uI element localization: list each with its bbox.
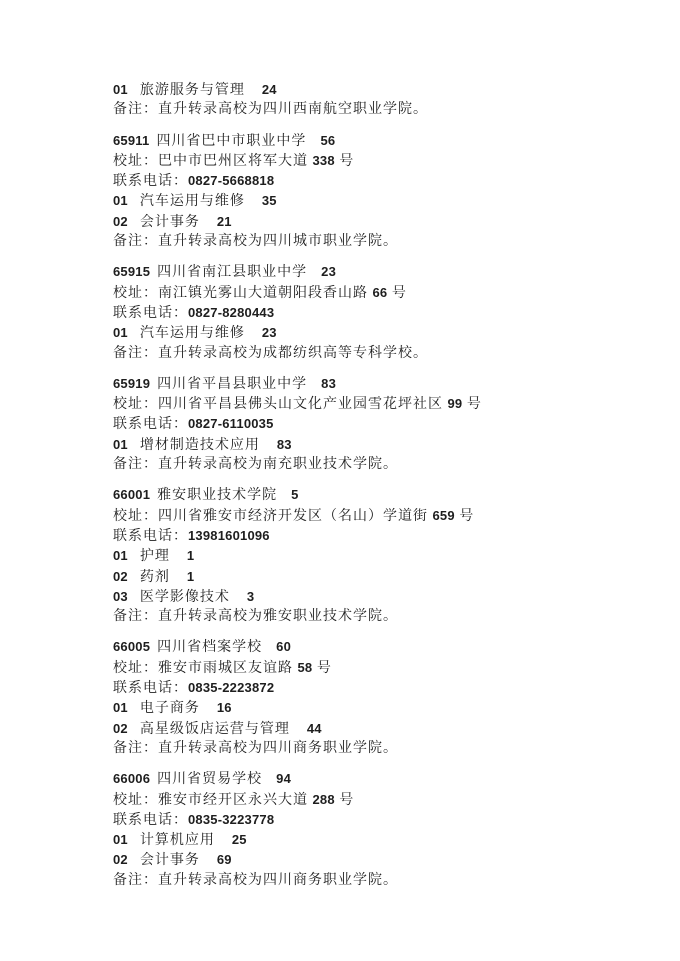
school-block: 66005四川省档案学校60校址：雅安市雨城区友谊路 58 号联系电话：0835…: [113, 637, 650, 758]
program-count: 25: [232, 832, 247, 847]
program-row: 02药剂1: [113, 567, 650, 587]
school-code: 66001: [113, 487, 150, 502]
program-row: 03医学影像技术3: [113, 587, 650, 607]
school-block: 01旅游服务与管理24备注：直升转录高校为四川西南航空职业学院。: [113, 80, 650, 120]
numeric-text: 0827-6110035: [188, 416, 274, 431]
program-no: 03: [113, 589, 128, 604]
program-no: 01: [113, 832, 128, 847]
program-no: 02: [113, 852, 128, 867]
program-row: 01旅游服务与管理24: [113, 80, 650, 100]
school-phone-line: 联系电话：0827-6110035: [113, 414, 650, 434]
program-count: 1: [187, 548, 194, 563]
numeric-text: 659: [433, 508, 455, 523]
program-row: 01护理1: [113, 546, 650, 566]
remark-line: 备注：直升转录高校为雅安职业技术学院。: [113, 607, 650, 626]
program-name: 汽车运用与维修: [140, 326, 245, 341]
school-code: 65919: [113, 376, 150, 391]
school-block: 65911四川省巴中市职业中学56校址：巴中市巴州区将军大道 338 号联系电话…: [113, 131, 650, 252]
program-no: 01: [113, 82, 128, 97]
numeric-text: 0835-2223872: [188, 680, 274, 695]
program-name: 汽车运用与维修: [140, 194, 245, 209]
program-no: 01: [113, 700, 128, 715]
school-phone-line: 联系电话：13981601096: [113, 526, 650, 546]
program-name: 护理: [140, 549, 170, 564]
program-name: 旅游服务与管理: [140, 83, 245, 98]
program-count: 1: [187, 569, 194, 584]
school-header-line: 65911四川省巴中市职业中学56: [113, 131, 650, 151]
school-block: 66001雅安职业技术学院5校址：四川省雅安市经济开发区（名山）学道街 659 …: [113, 485, 650, 626]
school-code: 65911: [113, 133, 149, 148]
program-count: 24: [262, 82, 277, 97]
program-row: 01增材制造技术应用83: [113, 435, 650, 455]
program-count: 83: [277, 437, 292, 452]
school-address-line: 校址：雅安市经开区永兴大道 288 号: [113, 790, 650, 810]
numeric-text: 0835-3223778: [188, 812, 274, 827]
program-count: 44: [307, 721, 322, 736]
school-name: 四川省档案学校: [157, 640, 262, 655]
numeric-text: 0827-8280443: [188, 305, 274, 320]
program-no: 02: [113, 214, 128, 229]
numeric-text: 13981601096: [188, 528, 270, 543]
program-count: 69: [217, 852, 232, 867]
school-name: 四川省南江县职业中学: [157, 265, 307, 280]
numeric-text: 58: [298, 660, 313, 675]
school-phone-line: 联系电话：0827-8280443: [113, 303, 650, 323]
program-row: 01计算机应用25: [113, 830, 650, 850]
school-address-line: 校址：四川省雅安市经济开发区（名山）学道街 659 号: [113, 506, 650, 526]
school-total: 94: [276, 771, 291, 786]
school-address-line: 校址：雅安市雨城区友谊路 58 号: [113, 658, 650, 678]
remark-line: 备注：直升转录高校为四川城市职业学院。: [113, 232, 650, 251]
program-no: 01: [113, 437, 128, 452]
program-row: 02高星级饭店运营与管理44: [113, 719, 650, 739]
document-page: 01旅游服务与管理24备注：直升转录高校为四川西南航空职业学院。65911四川省…: [0, 0, 680, 961]
program-row: 02会计事务69: [113, 850, 650, 870]
program-name: 药剂: [140, 570, 170, 585]
document-content: 01旅游服务与管理24备注：直升转录高校为四川西南航空职业学院。65911四川省…: [113, 80, 650, 890]
program-name: 增材制造技术应用: [140, 438, 260, 453]
program-no: 02: [113, 569, 128, 584]
school-address-line: 校址：四川省平昌县佛头山文化产业园雪花坪社区 99 号: [113, 394, 650, 414]
program-row: 02会计事务21: [113, 212, 650, 232]
program-no: 01: [113, 548, 128, 563]
program-row: 01汽车运用与维修35: [113, 191, 650, 211]
school-name: 雅安职业技术学院: [157, 488, 277, 503]
remark-line: 备注：直升转录高校为成都纺织高等专科学校。: [113, 344, 650, 363]
school-header-line: 65915四川省南江县职业中学23: [113, 262, 650, 282]
program-row: 01电子商务16: [113, 698, 650, 718]
school-name: 四川省巴中市职业中学: [156, 134, 306, 149]
program-name: 会计事务: [140, 215, 200, 230]
program-row: 01汽车运用与维修23: [113, 323, 650, 343]
school-code: 66005: [113, 639, 150, 654]
school-block: 66006四川省贸易学校94校址：雅安市经开区永兴大道 288 号联系电话：08…: [113, 769, 650, 890]
program-count: 16: [217, 700, 232, 715]
remark-line: 备注：直升转录高校为四川西南航空职业学院。: [113, 100, 650, 119]
school-phone-line: 联系电话：0827-5668818: [113, 171, 650, 191]
numeric-text: 0827-5668818: [188, 173, 274, 188]
program-name: 高星级饭店运营与管理: [140, 722, 290, 737]
numeric-text: 338: [313, 153, 335, 168]
school-code: 65915: [113, 264, 150, 279]
program-count: 3: [247, 589, 254, 604]
school-block: 65915四川省南江县职业中学23校址：南江镇光雾山大道朝阳段香山路 66 号联…: [113, 262, 650, 362]
program-count: 23: [262, 325, 277, 340]
program-count: 21: [217, 214, 232, 229]
program-no: 01: [113, 325, 128, 340]
school-name: 四川省平昌县职业中学: [157, 377, 307, 392]
program-no: 02: [113, 721, 128, 736]
school-block: 65919四川省平昌县职业中学83校址：四川省平昌县佛头山文化产业园雪花坪社区 …: [113, 374, 650, 474]
program-name: 会计事务: [140, 853, 200, 868]
school-phone-line: 联系电话：0835-2223872: [113, 678, 650, 698]
program-name: 计算机应用: [140, 833, 215, 848]
numeric-text: 288: [313, 792, 335, 807]
school-header-line: 66005四川省档案学校60: [113, 637, 650, 657]
program-count: 35: [262, 193, 277, 208]
numeric-text: 99: [448, 396, 463, 411]
remark-line: 备注：直升转录高校为四川商务职业学院。: [113, 739, 650, 758]
school-total: 56: [320, 133, 335, 148]
school-total: 5: [291, 487, 298, 502]
program-name: 电子商务: [140, 701, 200, 716]
program-name: 医学影像技术: [140, 590, 230, 605]
remark-line: 备注：直升转录高校为四川商务职业学院。: [113, 871, 650, 890]
school-total: 60: [276, 639, 291, 654]
school-address-line: 校址：巴中市巴州区将军大道 338 号: [113, 151, 650, 171]
remark-line: 备注：直升转录高校为南充职业技术学院。: [113, 455, 650, 474]
school-total: 83: [321, 376, 336, 391]
school-name: 四川省贸易学校: [157, 772, 262, 787]
school-header-line: 66006四川省贸易学校94: [113, 769, 650, 789]
program-no: 01: [113, 193, 128, 208]
school-header-line: 66001雅安职业技术学院5: [113, 485, 650, 505]
numeric-text: 66: [373, 285, 388, 300]
school-address-line: 校址：南江镇光雾山大道朝阳段香山路 66 号: [113, 283, 650, 303]
school-header-line: 65919四川省平昌县职业中学83: [113, 374, 650, 394]
school-total: 23: [321, 264, 336, 279]
school-phone-line: 联系电话：0835-3223778: [113, 810, 650, 830]
school-code: 66006: [113, 771, 150, 786]
